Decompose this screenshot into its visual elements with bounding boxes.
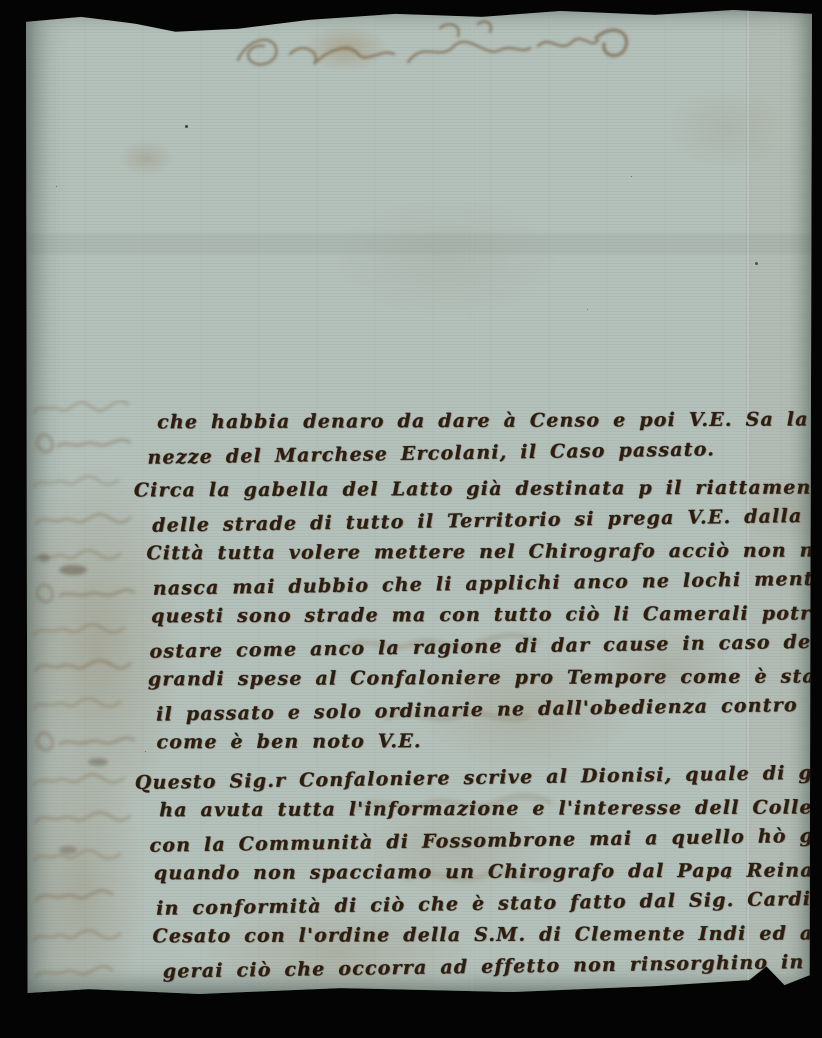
manuscript-line: nezze del Marchese Ercolani, il Caso pas…	[147, 437, 793, 478]
manuscript-page: che habbia denaro da dare à Censo e poi …	[26, 8, 812, 997]
manuscript-line: come è ben noto V.E.	[156, 729, 796, 763]
manuscript-line: gerai ciò che occorra ad effetto non rin…	[163, 951, 799, 992]
handwriting-block: che habbia denaro da dare à Censo e poi …	[141, 407, 799, 991]
scan-background: che habbia denaro da dare à Censo e poi …	[0, 0, 822, 1038]
